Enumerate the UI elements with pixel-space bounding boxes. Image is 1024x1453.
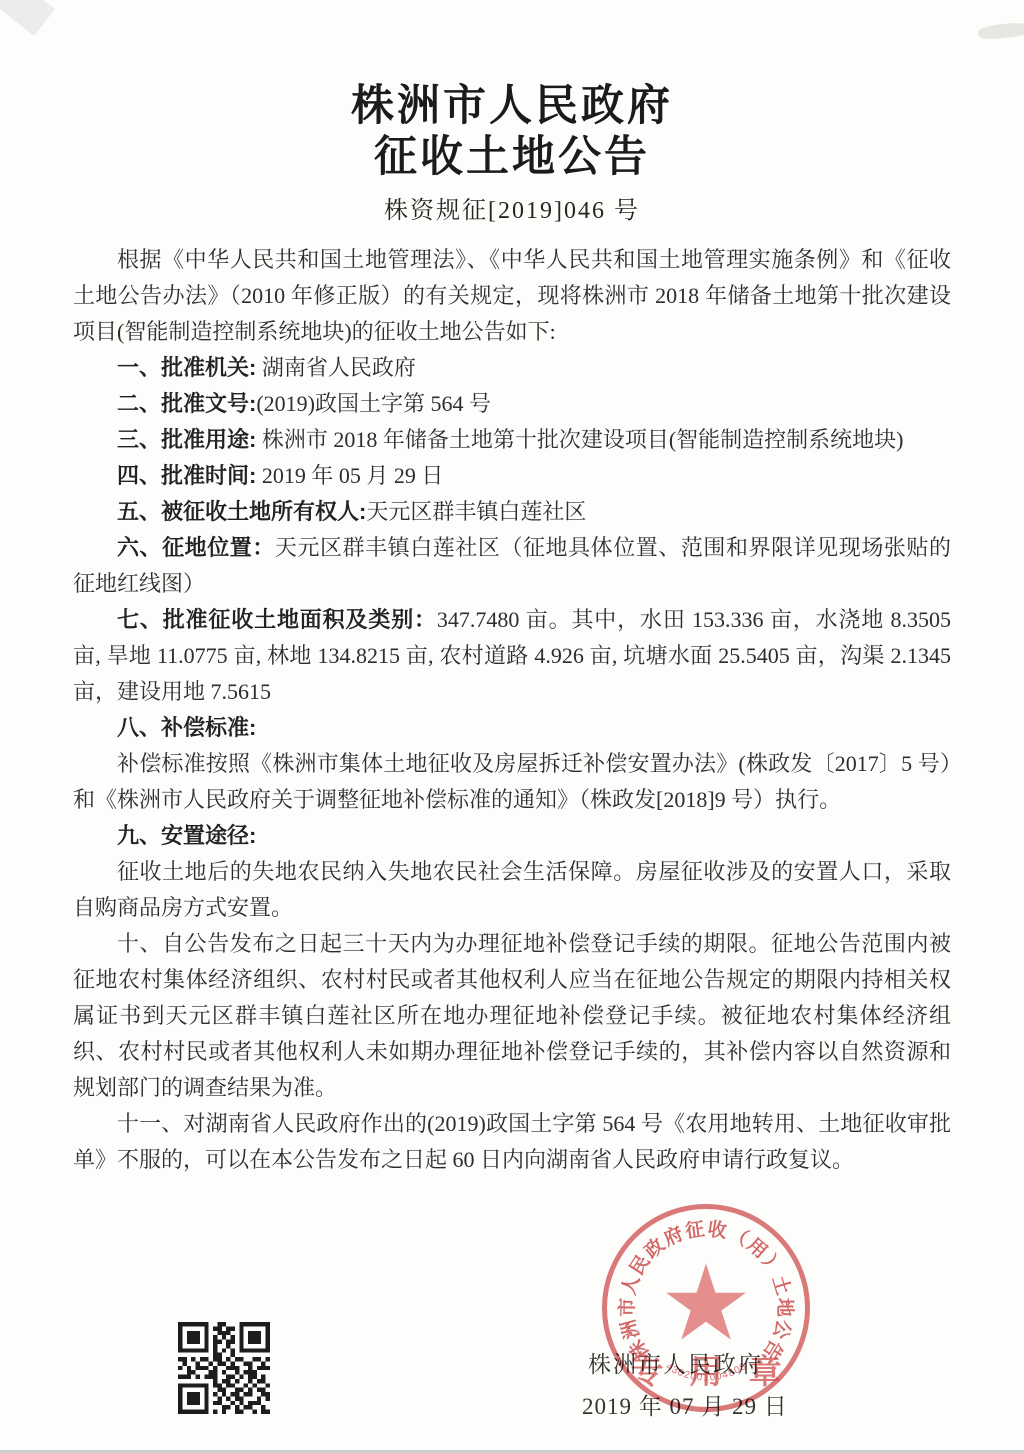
item-label: 八、补偿标准: [117,715,256,740]
official-seal: 株洲市人民政府征收（用）土地公告 ★ 专用章 4302001004808 [602,1204,810,1412]
item-approval-authority: 一、批准机关: 湖南省人民政府 [73,350,951,386]
item-value: (2019)政国土字第 564 号 [256,391,491,416]
document-page: 株洲市人民政府 征收土地公告 株资规征[2019]046 号 根据《中华人民共和… [0,0,1024,1453]
item-approval-date: 四、批准时间: 2019 年 05 月 29 日 [73,458,951,494]
item-resettlement-heading: 九、安置途径: [73,818,951,854]
signature-date: 2019 年 07 月 29 日 [582,1388,788,1421]
item-land-location: 六、征地位置：天元区群丰镇白莲社区（征地具体位置、范围和界限详见现场张贴的征地红… [73,530,951,602]
item-landowner: 五、被征收土地所有权人:天元区群丰镇白莲社区 [73,494,951,530]
item-land-area: 七、批准征收土地面积及类别：347.7480 亩。其中，水田 153.336 亩… [73,602,951,710]
item-label: 一、批准机关: [117,355,256,380]
item-approval-number: 二、批准文号:(2019)政国土字第 564 号 [73,386,951,422]
paragraph-text: 十一、对湖南省人民政府作出的(2019)政国土字第 564 号《农用地转用、土地… [73,1111,951,1172]
seal-ring [602,1204,810,1412]
paragraph-text: 补偿标准按照《株洲市集体土地征收及房屋拆迁补偿安置办法》(株政发〔2017〕5 … [73,751,951,812]
item-label: 二、批准文号: [117,391,256,416]
item-label: 九、安置途径: [117,823,256,848]
signature-issuer: 株洲市人民政府 [588,1346,763,1379]
document-header: 株洲市人民政府 征收土地公告 株资规征[2019]046 号 [0,0,1024,226]
intro-paragraph: 根据《中华人民共和国土地管理法》、《中华人民共和国土地管理实施条例》和《征收土地… [73,242,951,350]
page-title-line2: 征收土地公告 [0,133,1024,184]
item-label: 五、被征收土地所有权人: [117,499,366,524]
item-compensation-heading: 八、补偿标准: [73,710,951,746]
item-approved-use: 三、批准用途: 株洲市 2018 年储备土地第十批次建设项目(智能制造控制系统地… [73,422,951,458]
paragraph-text: 十、自公告发布之日起三十天内为办理征地补偿登记手续的期限。征地公告范围内被征地农… [73,931,951,1100]
item-value: 天元区群丰镇白莲社区 [366,499,586,524]
item-label: 七、批准征收土地面积及类别： [117,607,437,632]
item-value: 2019 年 05 月 29 日 [256,463,443,488]
document-body: 根据《中华人民共和国土地管理法》、《中华人民共和国土地管理实施条例》和《征收土地… [73,242,951,1178]
item-label: 三、批准用途: [117,427,256,452]
item-label: 四、批准时间: [117,463,256,488]
paragraph-text: 根据《中华人民共和国土地管理法》、《中华人民共和国土地管理实施条例》和《征收土地… [73,247,951,344]
item-value: 株洲市 2018 年储备土地第十批次建设项目(智能制造控制系统地块) [256,427,903,452]
document-number: 株资规征[2019]046 号 [0,197,1024,225]
star-icon: ★ [659,1251,752,1355]
paragraph-text: 征收土地后的失地农民纳入失地农民社会生活保障。房屋征收涉及的安置人口，采取自购商… [73,859,951,920]
administrative-review-paragraph: 十一、对湖南省人民政府作出的(2019)政国土字第 564 号《农用地转用、土地… [73,1106,951,1178]
qr-code-icon [178,1322,270,1414]
page-title-line1: 株洲市人民政府 [0,82,1024,133]
item-value: 湖南省人民政府 [256,355,416,380]
compensation-paragraph: 补偿标准按照《株洲市集体土地征收及房屋拆迁补偿安置办法》(株政发〔2017〕5 … [73,746,951,818]
resettlement-paragraph: 征收土地后的失地农民纳入失地农民社会生活保障。房屋征收涉及的安置人口，采取自购商… [73,854,951,926]
registration-deadline-paragraph: 十、自公告发布之日起三十天内为办理征地补偿登记手续的期限。征地公告范围内被征地农… [73,926,951,1106]
item-label: 六、征地位置： [117,535,275,560]
